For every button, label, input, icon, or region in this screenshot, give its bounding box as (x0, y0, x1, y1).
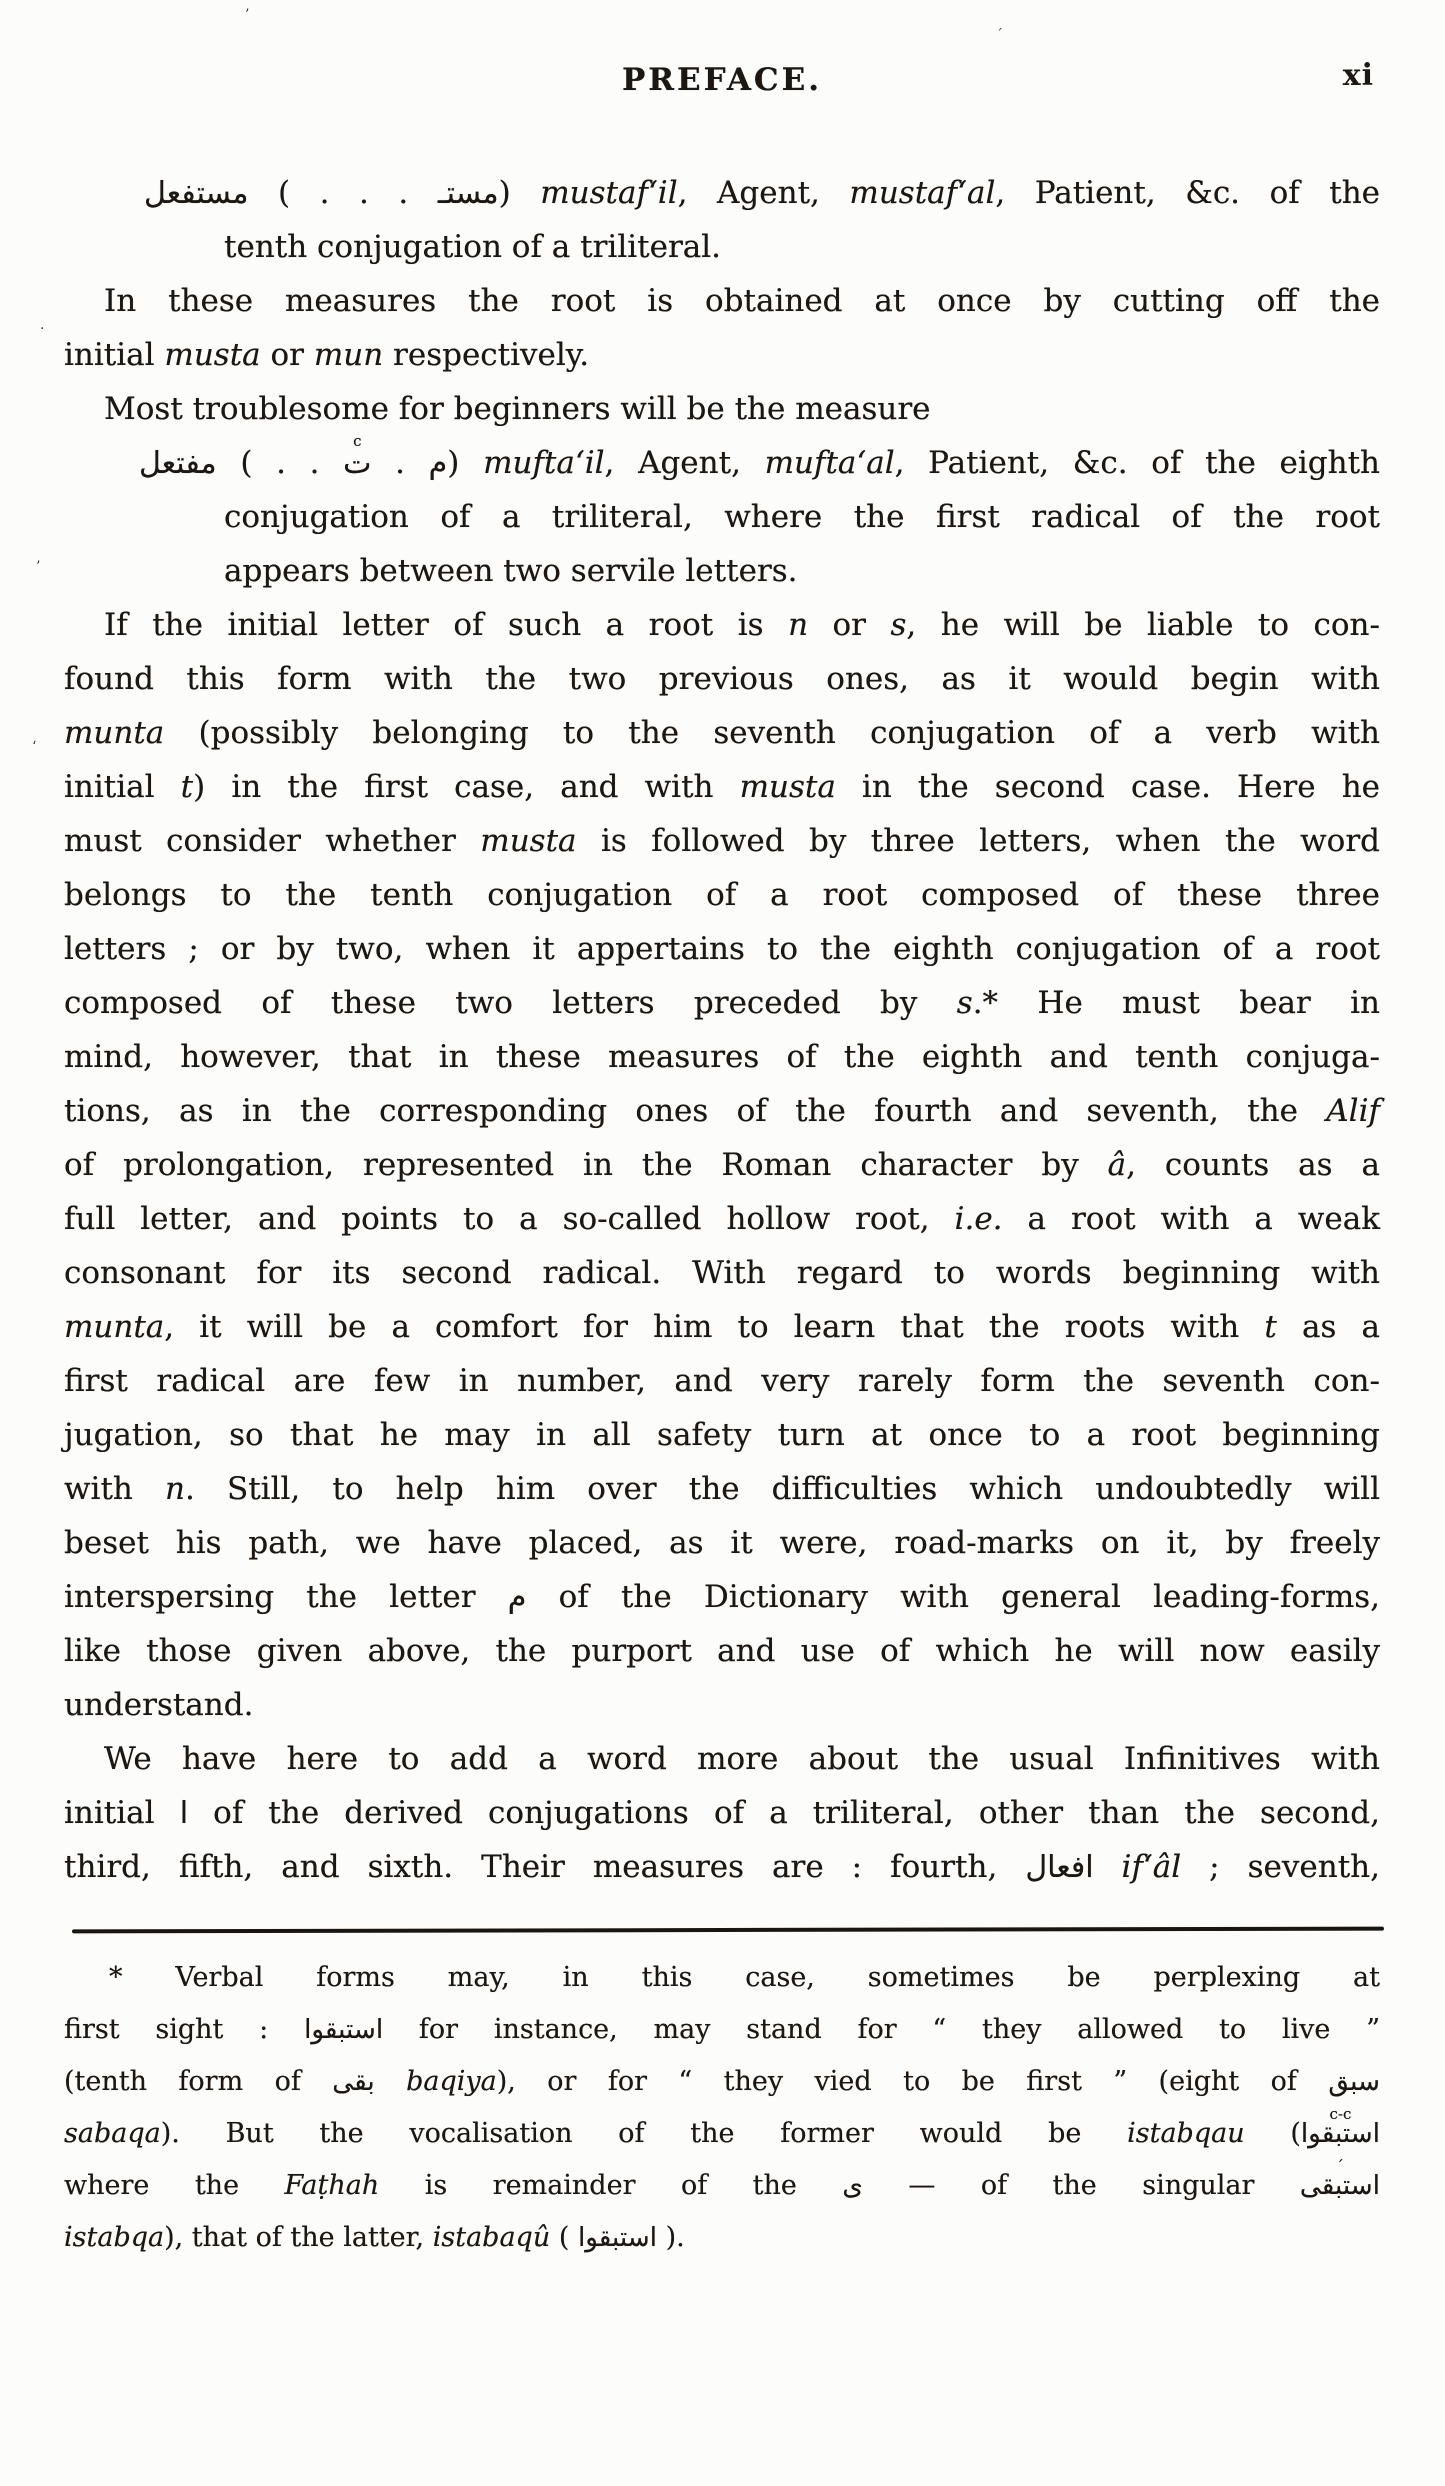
text-run: initial (64, 769, 181, 805)
arabic-text: سبق (1328, 2067, 1380, 2097)
text-run: consonant for its second radical. With r… (64, 1255, 1380, 1291)
arabic-text: بقى (332, 2067, 374, 2097)
italic-text: musta (480, 823, 576, 859)
italic-text: munta (64, 715, 164, 751)
italic-text: mun (314, 337, 383, 373)
text-line: where the Faṭhah is remainder of the ى —… (64, 2160, 1380, 2212)
italic-text: Alif (1326, 1093, 1380, 1129)
text-run: ) (499, 175, 541, 211)
scan-speck: ’ (36, 560, 40, 574)
text-line: If the initial letter of such a root is … (104, 598, 1380, 652)
text-line: first sight : استبقوا for instance, may … (64, 2004, 1380, 2056)
text-run: ) (447, 445, 483, 481)
arabic-text: c-cاستبقوا (1301, 2119, 1380, 2149)
text-run: initial (64, 337, 164, 373)
text-run: , he will be liable to con- (906, 607, 1380, 643)
text-line: jugation, so that he may in all safety t… (64, 1408, 1380, 1462)
text-run: or (261, 337, 314, 373)
text-line: * Verbal forms may, in this case, someti… (109, 1952, 1380, 2004)
italic-text: istabqau (1127, 2118, 1245, 2149)
text-run: mind, however, that in these measures of… (64, 1039, 1380, 1075)
italic-text: sabaqa (64, 2118, 161, 2149)
text-line: mind, however, that in these measures of… (64, 1030, 1380, 1084)
text-run: of the derived conjugations of a trilite… (188, 1795, 1380, 1831)
text-run: ), that of the latter, (164, 2222, 433, 2253)
text-run: of the Dictionary with general leading-f… (526, 1579, 1380, 1615)
text-line: munta (possibly belonging to the seventh… (64, 706, 1380, 760)
text-line: of prolongation, represented in the Roma… (64, 1138, 1380, 1192)
text-run: appears between two servile letters. (224, 553, 798, 589)
text-run: like those given above, the purport and … (64, 1633, 1380, 1669)
text-line: sabaqa). But the vocalisation of the for… (64, 2108, 1380, 2160)
text-run: . (371, 445, 428, 481)
text-run: first sight : (64, 2014, 304, 2045)
text-run: first radical are few in number, and ver… (64, 1363, 1380, 1399)
text-run: ). (657, 2222, 685, 2253)
arabic-text: مستـ (438, 176, 499, 211)
text-run: , it will be a comfort for him to learn … (164, 1309, 1264, 1345)
italic-text: i.e. (955, 1201, 1003, 1237)
scan-speck: ’ (245, 8, 249, 22)
text-run: understand. (64, 1687, 253, 1723)
arabic-text: استبقوا (304, 2015, 383, 2045)
italic-text: s (891, 607, 907, 643)
text-line: belongs to the tenth conjugation of a ro… (64, 868, 1380, 922)
text-run: tions, as in the corresponding ones of t… (64, 1093, 1326, 1129)
text-line: مفتعل ( . . cت . م) mufta‘il, Agent, muf… (139, 436, 1380, 490)
page-title: PREFACE. (622, 62, 822, 98)
text-run: where the (64, 2170, 285, 2201)
text-run: belongs to the tenth conjugation of a ro… (64, 877, 1380, 913)
text-run: a root with a weak (1003, 1201, 1380, 1237)
arabic-text: ا (180, 1796, 188, 1831)
text-run: is followed by three letters, when the w… (577, 823, 1381, 859)
text-run: interspersing the letter (64, 1579, 508, 1615)
text-run: conjugation of a triliteral, where the f… (224, 499, 1380, 535)
italic-text: baqiya (406, 2066, 497, 2097)
text-run: as a (1277, 1309, 1380, 1345)
italic-text: t (1264, 1309, 1276, 1345)
text-line: Most troublesome for beginners will be t… (104, 382, 1380, 436)
text-run: found this form with the two previous on… (64, 661, 1380, 697)
text-run: (possibly belonging to the seventh conju… (164, 715, 1380, 751)
text-run: We have here to add a word more about th… (104, 1741, 1380, 1777)
text-run: in the second case. Here he (836, 769, 1380, 805)
italic-text: n (165, 1471, 185, 1507)
italic-text: munta (64, 1309, 164, 1345)
text-line: We have here to add a word more about th… (104, 1732, 1380, 1786)
italic-text: mustaf‘il (540, 175, 677, 211)
italic-text: istabaqû (433, 2222, 551, 2253)
italic-text: â (1108, 1147, 1126, 1183)
text-line: interspersing the letter م of the Dictio… (64, 1570, 1380, 1624)
text-run: , counts as a (1126, 1147, 1380, 1183)
text-run: ), or for “ they vied to be first ” (eig… (497, 2066, 1329, 2097)
text-line: appears between two servile letters. (224, 544, 1380, 598)
text-line: must consider whether musta is followed … (64, 814, 1380, 868)
text-run: (tenth form of (64, 2066, 332, 2097)
text-run (1094, 1849, 1122, 1885)
text-run: tenth conjugation of a triliteral. (224, 229, 721, 265)
text-line: initial t) in the first case, and with m… (64, 760, 1380, 814)
text-run: ( . . (217, 445, 344, 481)
text-line: In these measures the root is obtained a… (104, 274, 1380, 328)
arabic-text: م (429, 446, 448, 481)
text-run: composed of these two letters preceded b… (64, 985, 957, 1021)
text-run: letters ; or by two, when it appertains … (64, 931, 1380, 967)
arabic-text: استبقوا (578, 2223, 657, 2253)
text-run: with (64, 1471, 165, 1507)
text-line: initial ا of the derived conjugations of… (64, 1786, 1380, 1840)
scan-speck: ‘ (32, 740, 36, 754)
diacritic-mark: ´ (1336, 2159, 1344, 2174)
text-line: third, fifth, and sixth. Their measures … (64, 1840, 1380, 1894)
text-run: . Still, to help him over the difficulti… (185, 1471, 1380, 1507)
text-run: initial (64, 1795, 180, 1831)
text-run: ( . . . (248, 175, 437, 211)
arabic-text: افعال (1025, 1850, 1093, 1885)
text-line: munta, it will be a comfort for him to l… (64, 1300, 1380, 1354)
italic-text: musta (164, 337, 260, 373)
text-run: , Patient, &c. of the (995, 175, 1380, 211)
text-line: first radical are few in number, and ver… (64, 1354, 1380, 1408)
text-run: .* He must bear in (973, 985, 1380, 1021)
text-run: ( (1245, 2118, 1301, 2149)
text-column: PREFACE. xi مستفعل ( . . . مستـ) mustaf‘… (64, 0, 1380, 2486)
text-run: ; seventh, (1181, 1849, 1380, 1885)
text-run: for instance, may stand for “ they allow… (383, 2014, 1380, 2045)
text-line: understand. (64, 1678, 1380, 1732)
italic-text: if‘âl (1122, 1849, 1182, 1885)
italic-text: Faṭhah (285, 2170, 380, 2201)
text-line: conjugation of a triliteral, where the f… (224, 490, 1380, 544)
text-run: ) in the first case, and with (193, 769, 739, 805)
italic-text: s (957, 985, 973, 1021)
text-run: Most troublesome for beginners will be t… (104, 391, 930, 427)
text-run: — of the singular (863, 2170, 1300, 2201)
diacritic-mark: c (353, 434, 361, 449)
text-line: full letter, and points to a so-called h… (64, 1192, 1380, 1246)
scan-speck: . (40, 318, 44, 332)
text-run (375, 2066, 406, 2097)
italic-text: mustaf‘al (849, 175, 995, 211)
text-line: beset his path, we have placed, as it we… (64, 1516, 1380, 1570)
text-line: tenth conjugation of a triliteral. (224, 220, 1380, 274)
italic-text: istabqa (64, 2222, 164, 2253)
text-run: ( (550, 2222, 578, 2253)
text-run: ). But the vocalisation of the former wo… (161, 2118, 1127, 2149)
text-run: * Verbal forms may, in this case, someti… (109, 1962, 1380, 1993)
text-run: full letter, and points to a so-called h… (64, 1201, 955, 1237)
text-run: If the initial letter of such a root is (104, 607, 788, 643)
italic-text: t (181, 769, 193, 805)
text-line: found this form with the two previous on… (64, 652, 1380, 706)
arabic-text: م (508, 1580, 527, 1615)
italic-text: mufta‘al (765, 445, 895, 481)
arabic-text: ´استبقى (1300, 2171, 1380, 2201)
text-run: , Patient, &c. of the eighth (895, 445, 1380, 481)
text-line: initial musta or mun respectively. (64, 328, 1380, 382)
text-run: beset his path, we have placed, as it we… (64, 1525, 1380, 1561)
diacritic-mark: c-c (1330, 2107, 1352, 2122)
text-line: مستفعل ( . . . مستـ) mustaf‘il, Agent, m… (144, 166, 1380, 220)
text-line: consonant for its second radical. With r… (64, 1246, 1380, 1300)
footnote-rule (72, 1927, 1384, 1934)
italic-text: musta (740, 769, 836, 805)
text-run: or (808, 607, 890, 643)
text-line: like those given above, the purport and … (64, 1624, 1380, 1678)
page-header: PREFACE. xi (64, 62, 1380, 98)
text-run: is remainder of the (379, 2170, 842, 2201)
arabic-text: مستفعل (144, 176, 248, 211)
text-run: of prolongation, represented in the Roma… (64, 1147, 1108, 1183)
text-run: must consider whether (64, 823, 480, 859)
text-line: composed of these two letters preceded b… (64, 976, 1380, 1030)
arabic-text: مفتعل (139, 446, 217, 481)
text-line: with n. Still, to help him over the diff… (64, 1462, 1380, 1516)
text-run: , Agent, (605, 445, 765, 481)
text-line: tions, as in the corresponding ones of t… (64, 1084, 1380, 1138)
page-number: xi (1343, 58, 1374, 93)
italic-text: n (788, 607, 808, 643)
text-run: , Agent, (678, 175, 850, 211)
book-page: PREFACE. xi مستفعل ( . . . مستـ) mustaf‘… (0, 0, 1445, 2486)
arabic-text: ى (842, 2171, 863, 2201)
text-line: istabqa), that of the latter, istabaqû (… (64, 2212, 1380, 2264)
text-run: jugation, so that he may in all safety t… (64, 1417, 1380, 1453)
text-run: In these measures the root is obtained a… (104, 283, 1380, 319)
text-line: (tenth form of بقى baqiya), or for “ the… (64, 2056, 1380, 2108)
italic-text: mufta‘il (483, 445, 604, 481)
scan-speck: ´ (996, 28, 1003, 42)
preface-body: مستفعل ( . . . مستـ) mustaf‘il, Agent, m… (64, 166, 1380, 1894)
text-line: letters ; or by two, when it appertains … (64, 922, 1380, 976)
text-run: third, fifth, and sixth. Their measures … (64, 1849, 1025, 1885)
footnote-block: * Verbal forms may, in this case, someti… (64, 1952, 1380, 2264)
arabic-text: cت (343, 446, 371, 481)
text-run: respectively. (383, 337, 589, 373)
